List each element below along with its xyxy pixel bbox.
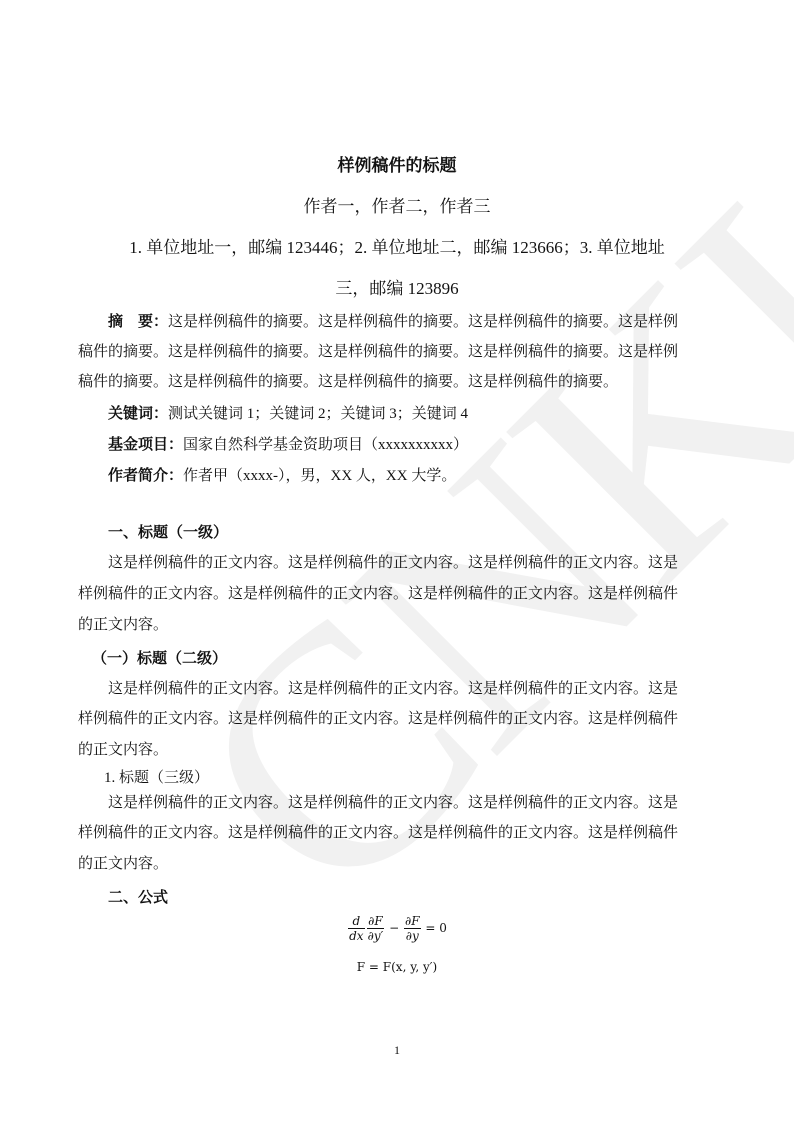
author-bio: 作者简介：作者甲（xxxx-），男，XX 人，XX 大学。	[108, 469, 456, 484]
body-paragraph-3-line-2: 样例稿件的正文内容。这是样例稿件的正文内容。这是样例稿件的正文内容。这是样例稿件	[78, 826, 678, 841]
keywords: 关键词：测试关键词 1；关键词 2；关键词 3；关键词 4	[108, 407, 468, 422]
affiliation-line-2: 三，邮编 123896	[0, 281, 794, 296]
abstract-label: 摘 要：	[108, 314, 168, 330]
body-paragraph-1-line-2: 样例稿件的正文内容。这是样例稿件的正文内容。这是样例稿件的正文内容。这是样例稿件	[78, 587, 678, 602]
body-paragraph-3-line-3: 的正文内容。	[78, 857, 168, 872]
body-paragraph-3-line-1: 这是样例稿件的正文内容。这是样例稿件的正文内容。这是样例稿件的正文内容。这是	[108, 796, 678, 811]
heading-level-1: 一、标题（一级）	[108, 526, 228, 541]
paper-title: 样例稿件的标题	[0, 158, 794, 173]
body-paragraph-1-line-1: 这是样例稿件的正文内容。这是样例稿件的正文内容。这是样例稿件的正文内容。这是	[108, 556, 678, 571]
body-paragraph-2-line-2: 样例稿件的正文内容。这是样例稿件的正文内容。这是样例稿件的正文内容。这是样例稿件	[78, 712, 678, 727]
abstract-line-2: 稿件的摘要。这是样例稿件的摘要。这是样例稿件的摘要。这是样例稿件的摘要。这是样例	[78, 345, 678, 360]
equation-euler-lagrange: ddx∂F∂y′ − ∂F∂y = 0	[0, 914, 794, 943]
equation-function-definition: F = F(x, y, y′)	[0, 960, 794, 974]
heading-level-2: （一）标题（二级）	[92, 652, 227, 667]
abstract-line-3: 稿件的摘要。这是样例稿件的摘要。这是样例稿件的摘要。这是样例稿件的摘要。	[78, 375, 618, 390]
affiliation-line-1: 1. 单位地址一，邮编 123446；2. 单位地址二，邮编 123666；3.…	[0, 240, 794, 255]
body-paragraph-2-line-1: 这是样例稿件的正文内容。这是样例稿件的正文内容。这是样例稿件的正文内容。这是	[108, 682, 678, 697]
keywords-label: 关键词：	[108, 406, 168, 422]
fund-label: 基金项目：	[108, 437, 183, 453]
body-paragraph-2-line-3: 的正文内容。	[78, 743, 168, 758]
body-paragraph-1-line-3: 的正文内容。	[78, 618, 168, 633]
heading-level-3: 1. 标题（三级）	[104, 771, 209, 786]
abstract-line-1: 摘 要：这是样例稿件的摘要。这是样例稿件的摘要。这是样例稿件的摘要。这是样例	[108, 315, 678, 330]
bio-label: 作者简介：	[108, 468, 183, 484]
author-list: 作者一，作者二，作者三	[0, 199, 794, 214]
fund-project: 基金项目：国家自然科学基金资助项目（xxxxxxxxxx）	[108, 438, 468, 453]
heading-formula: 二、公式	[108, 891, 168, 906]
page-number: 1	[0, 1043, 794, 1058]
